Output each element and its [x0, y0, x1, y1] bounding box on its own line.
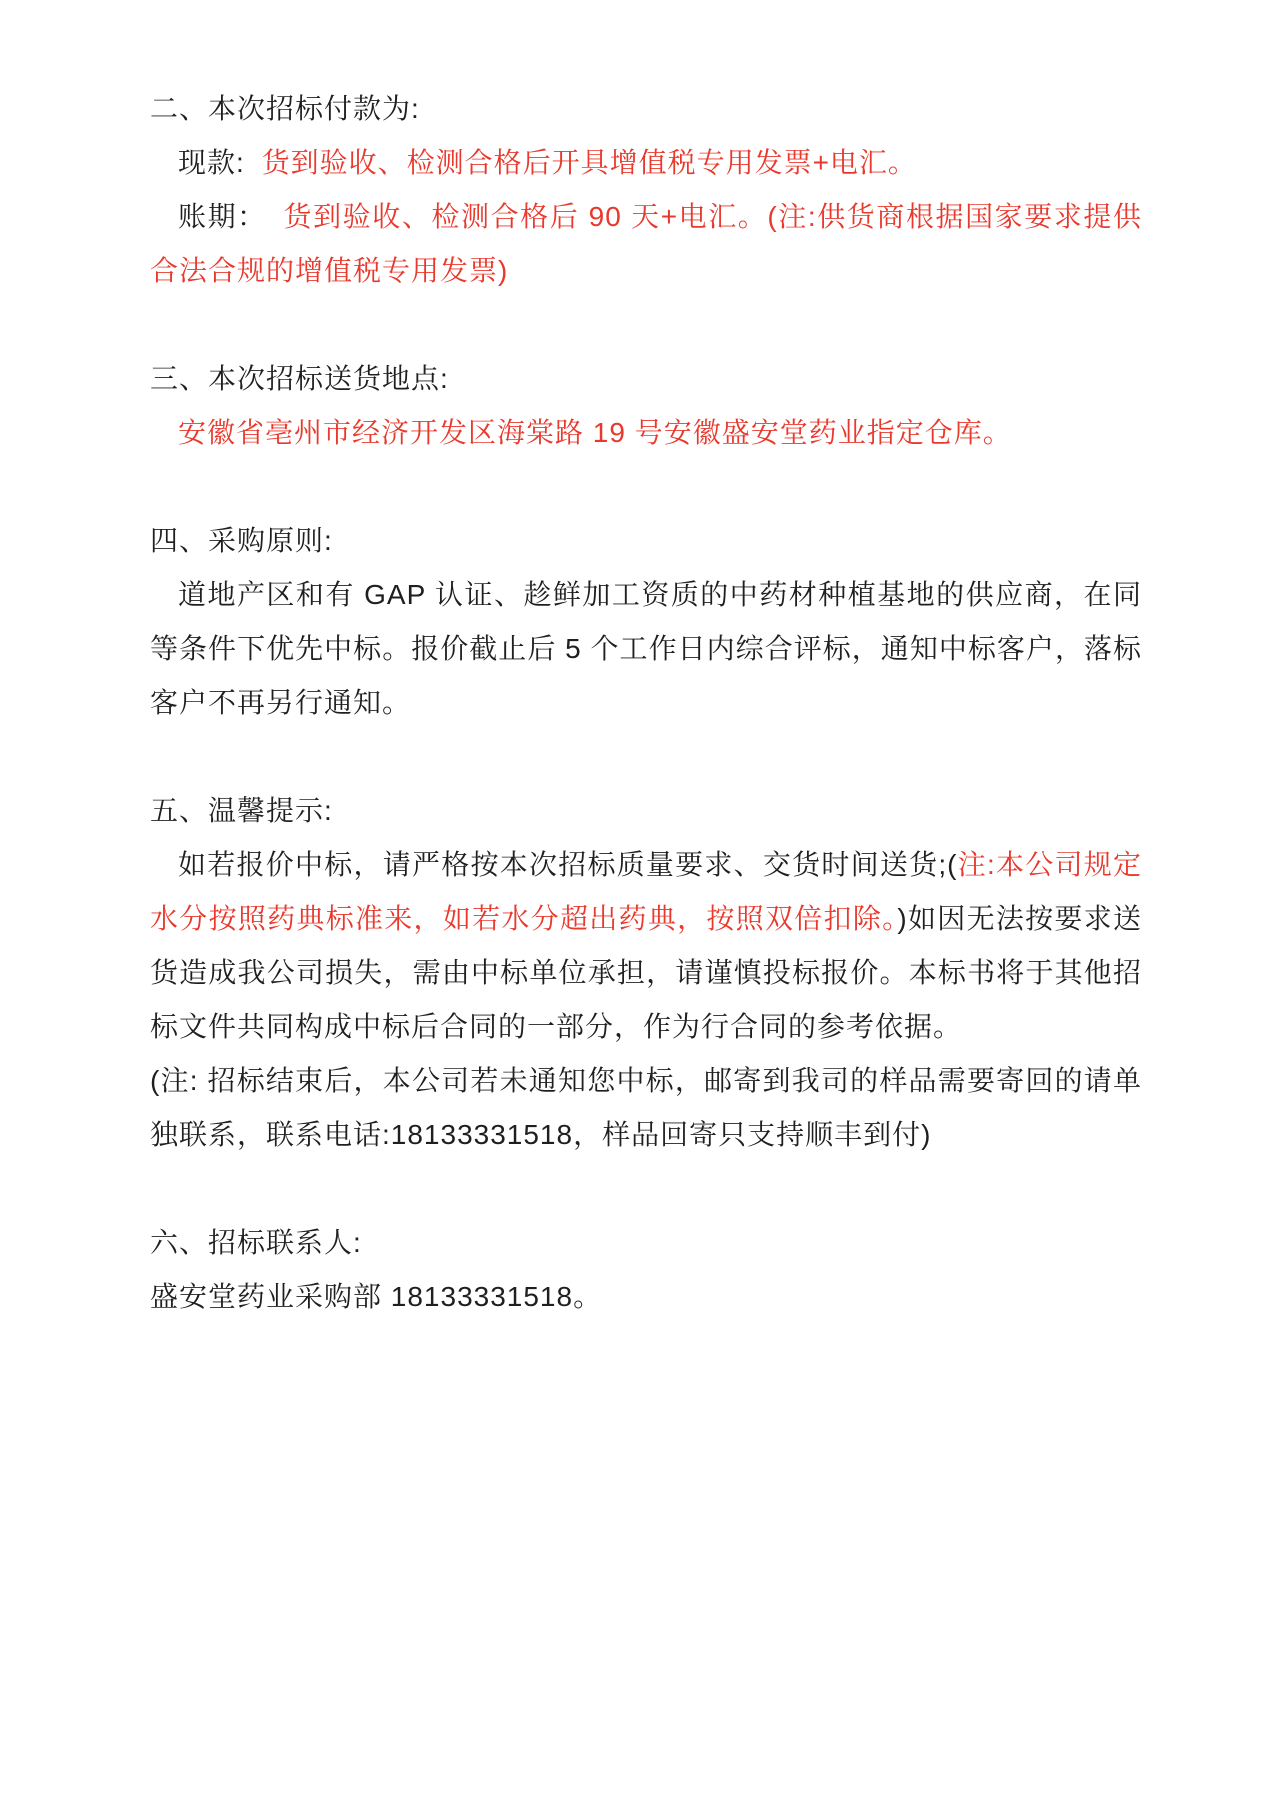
payment-cash-terms: 货到验收、检测合格后开具增值税专用发票+电汇。 [262, 147, 917, 178]
procurement-principles-text: 道地产区和有 GAP 认证、趁鲜加工资质的中药材种植基地的供应商，在同等条件下优… [150, 568, 1142, 730]
tips-black-lead: 如若报价中标，请严格按本次招标质量要求、交货时间送货;( [178, 849, 958, 880]
section-procurement-principles: 四、采购原则: 道地产区和有 GAP 认证、趁鲜加工资质的中药材种植基地的供应商… [150, 514, 1142, 730]
tips-heading: 五、温馨提示: [150, 784, 1142, 838]
payment-cash-label: 现款: [178, 147, 245, 178]
contact-text: 盛安堂药业采购部 18133331518。 [150, 1270, 1142, 1324]
payment-credit-terms: 货到验收、检测合格后 90 天+电汇。(注:供货商根据国家要求提供合法合规的增值… [150, 201, 1142, 286]
section-payment-terms: 二、本次招标付款为: 现款:货到验收、检测合格后开具增值税专用发票+电汇。 账期… [150, 82, 1142, 298]
delivery-address-text: 安徽省亳州市经济开发区海棠路 19 号安徽盛安堂药业指定仓库。 [150, 406, 1142, 460]
delivery-address-heading: 三、本次招标送货地点: [150, 352, 1142, 406]
payment-credit-line: 账期：货到验收、检测合格后 90 天+电汇。(注:供货商根据国家要求提供合法合规… [150, 190, 1142, 298]
payment-terms-heading: 二、本次招标付款为: [150, 82, 1142, 136]
procurement-principles-heading: 四、采购原则: [150, 514, 1142, 568]
payment-credit-label: 账期： [178, 201, 267, 232]
payment-cash-line: 现款:货到验收、检测合格后开具增值税专用发票+电汇。 [150, 136, 1142, 190]
section-tips: 五、温馨提示: 如若报价中标，请严格按本次招标质量要求、交货时间送货;(注:本公… [150, 784, 1142, 1162]
section-contact: 六、招标联系人: 盛安堂药业采购部 18133331518。 [150, 1216, 1142, 1324]
contact-heading: 六、招标联系人: [150, 1216, 1142, 1270]
tender-document-page: 二、本次招标付款为: 现款:货到验收、检测合格后开具增值税专用发票+电汇。 账期… [0, 0, 1280, 1812]
tips-main-text: 如若报价中标，请严格按本次招标质量要求、交货时间送货;(注:本公司规定水分按照药… [150, 838, 1142, 1054]
section-delivery-address: 三、本次招标送货地点: 安徽省亳州市经济开发区海棠路 19 号安徽盛安堂药业指定… [150, 352, 1142, 460]
tips-note-text: (注: 招标结束后，本公司若未通知您中标，邮寄到我司的样品需要寄回的请单独联系，… [150, 1054, 1142, 1162]
